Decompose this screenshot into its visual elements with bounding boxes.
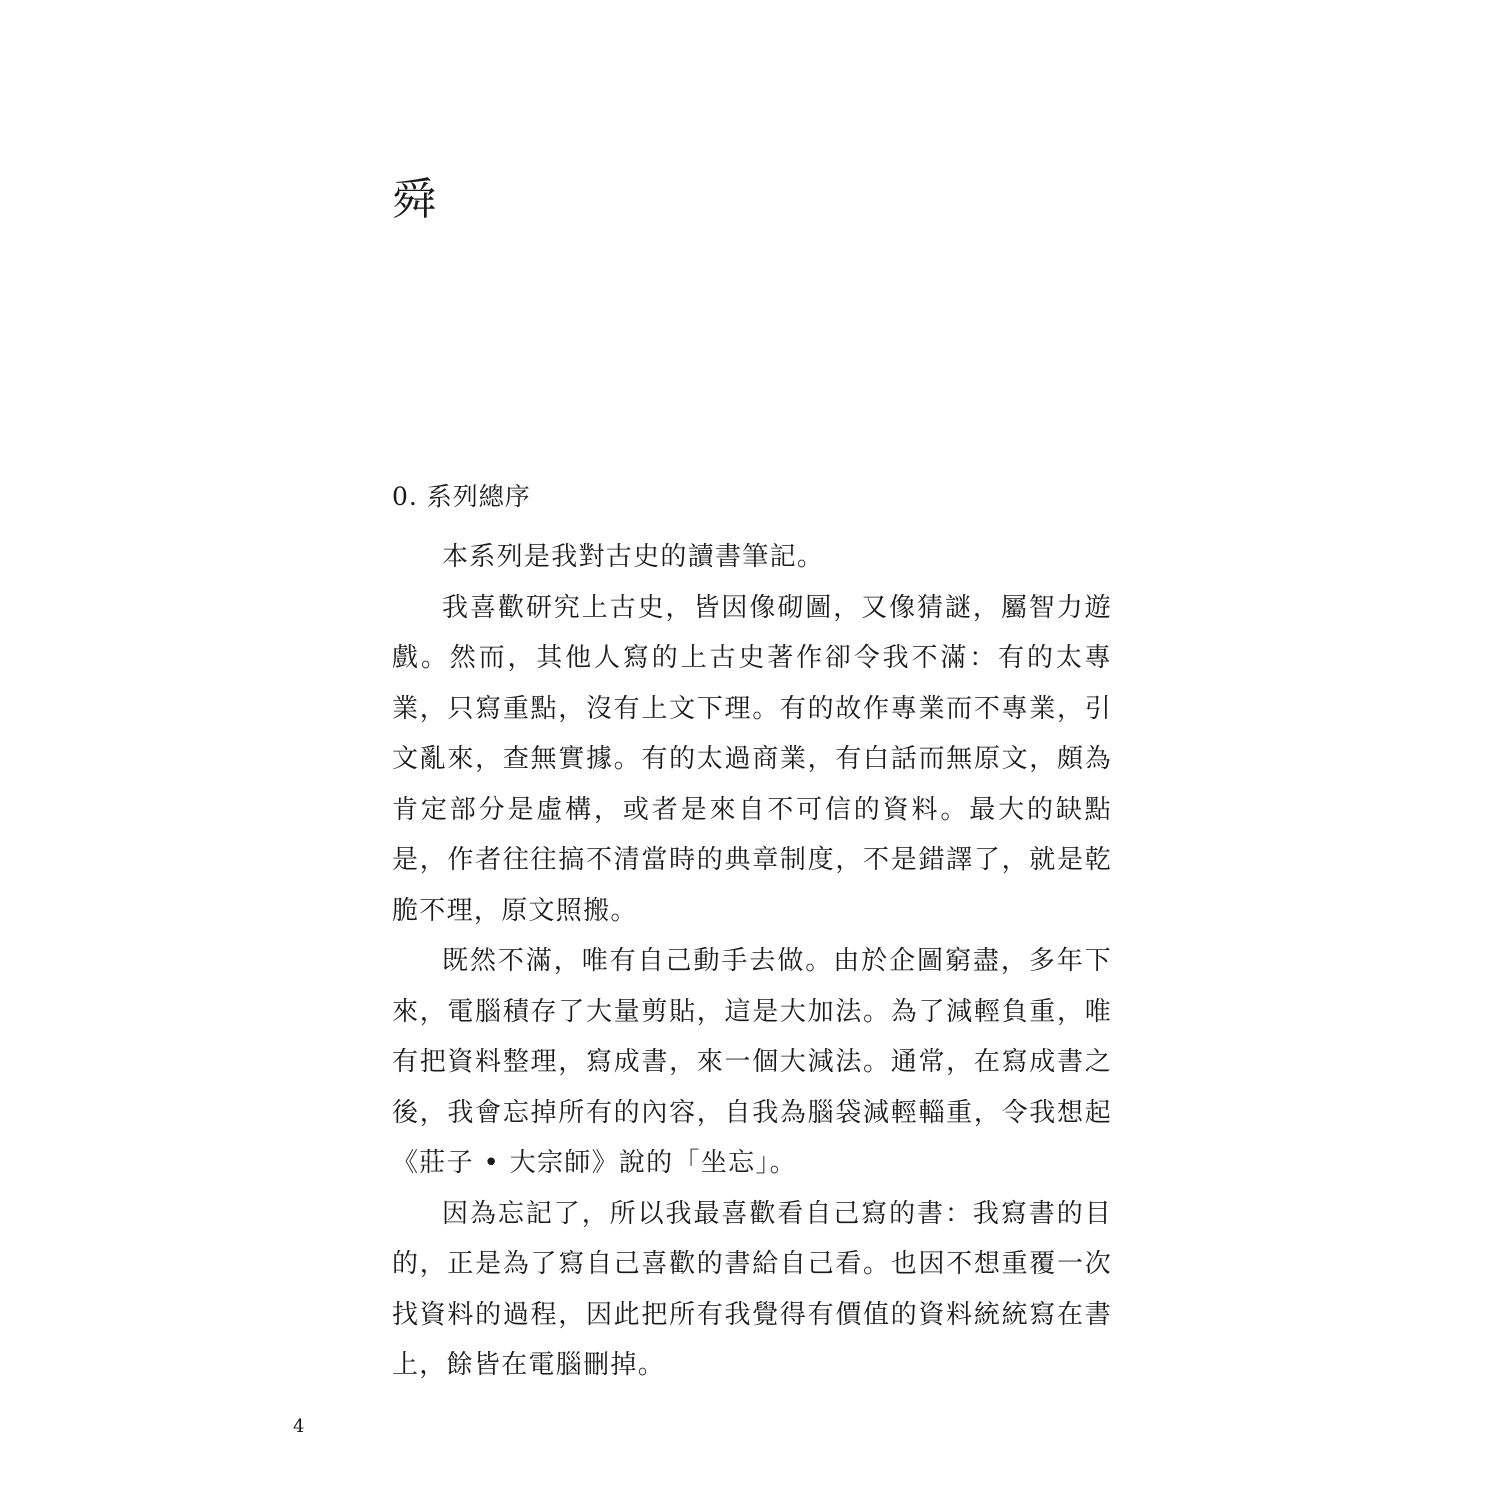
paragraph-1: 本系列是我對古史的讀書筆記。 [392,532,1112,583]
chapter-title: 舜 [392,178,436,222]
page-number: 4 [293,1418,304,1436]
section-heading: 0. 系列總序 [392,482,1112,512]
paragraph-4: 因為忘記了，所以我最喜歡看自己寫的書：我寫書的目的，正是為了寫自己喜歡的書給自己… [392,1189,1112,1391]
series-preface-section: 0. 系列總序 本系列是我對古史的讀書筆記。 我喜歡研究上古史，皆因像砌圖，又像… [392,482,1112,1391]
paragraph-3: 既然不滿，唯有自己動手去做。由於企圖窮盡，多年下來，電腦積存了大量剪貼，這是大加… [392,936,1112,1189]
paragraph-2: 我喜歡研究上古史，皆因像砌圖，又像猜謎，屬智力遊戲。然而，其他人寫的上古史著作卻… [392,583,1112,937]
document-page: 舜 0. 系列總序 本系列是我對古史的讀書筆記。 我喜歡研究上古史，皆因像砌圖，… [0,0,1500,1500]
